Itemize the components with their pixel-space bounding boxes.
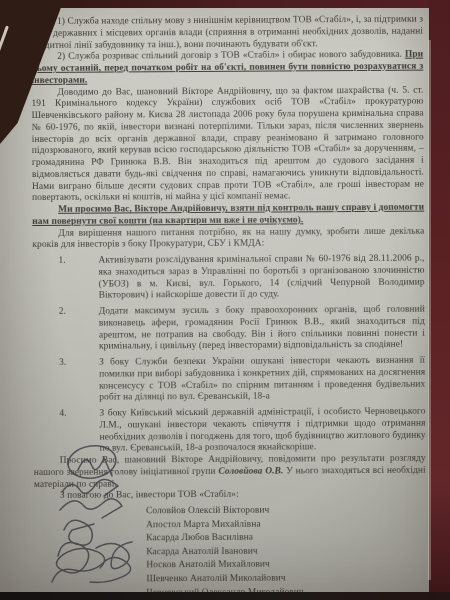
list-item-text: Активізувати розслідування кримінальної …: [98, 254, 424, 303]
photo-right-edge: [429, 0, 450, 600]
list-item-number: 2.: [59, 307, 99, 354]
paragraph-option-2: 2) Служба розриває спільний договір з ТО…: [31, 50, 423, 88]
signer-name-list: Соловйов Олексій Вікторович Апостол Март…: [146, 504, 427, 600]
document-photo: 1) Служба находе спільну мову з нинішнім…: [0, 0, 450, 600]
list-item: 1. Активізувати розслідування кримінальн…: [58, 254, 424, 303]
photo-top-edge: [0, 0, 450, 8]
list-item: 4. З боку Київський міський державній ад…: [59, 407, 425, 456]
paragraph-steps-intro: Для вирішення нашого питання потрібно, я…: [32, 226, 424, 252]
list-item-text: Додати максимум зусиль з боку правоохоро…: [99, 305, 425, 354]
numbered-list: 1. Активізувати розслідування кримінальн…: [58, 254, 425, 456]
list-item-text: З боку Служби безпеки України ошукані ін…: [99, 356, 425, 405]
closing-contact-name: Соловйова О.В.: [218, 466, 283, 476]
list-item-text: З боку Київський міський державній адмін…: [99, 407, 425, 456]
list-item-number: 1.: [58, 256, 98, 303]
photo-bottom-edge: [0, 592, 450, 600]
paragraph-case-history: Доводимо до Вас, шановний Вікторе Андрій…: [31, 85, 424, 205]
list-item: 2. Додати максимум зусиль з боку правоох…: [59, 305, 425, 354]
letter-body: 1) Служба находе спільну мову з нинішнім…: [31, 15, 427, 600]
list-item-number: 3.: [59, 358, 99, 405]
paragraph-option-1: 1) Служба находе спільну мову з нинішнім…: [31, 15, 423, 53]
underlined-request: Ми просимо Вас, Вікторе Андрійовичу, взя…: [32, 203, 424, 227]
paragraph-request-highlight: Ми просимо Вас, Вікторе Андрійовичу, взя…: [32, 203, 424, 229]
paragraph-closing: Просимо Вас, шановний Вікторе Андрійович…: [34, 454, 426, 492]
paper-edge-highlight: [428, 40, 431, 580]
paragraph-option-2-text: 2) Служба розриває спільний договір з ТО…: [57, 50, 405, 62]
list-item: 3. З боку Служби безпеки України ошукані…: [59, 356, 425, 405]
salutation-line: З повагою до Вас, інвестори ТОВ «Стабіл»…: [34, 489, 426, 503]
list-item-number: 4.: [59, 409, 99, 456]
